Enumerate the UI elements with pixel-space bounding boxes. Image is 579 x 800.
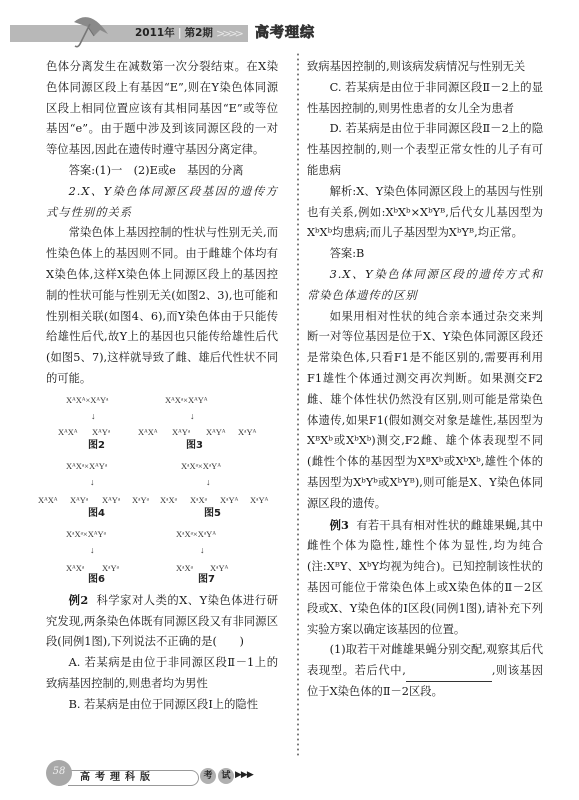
offspring: XᵃYᴬ	[250, 490, 268, 511]
example-text: 有若干具有相对性状的雌雄果蝇,其中雌性个体为隐性,雄性个体为显性,均为纯合(注:…	[307, 519, 543, 636]
umbrella-icon	[68, 10, 112, 52]
badge-kao: 考	[200, 768, 216, 784]
genetic-cross-figures: XᴬXᴬ×XᴬYᵃ ↓ XᴬXᴬ XᴬYᵃ 图2 XᴬXᵃ×XᴬYᴬ ↓ XᴬX…	[46, 390, 278, 582]
paragraph: 如果用相对性状的纯合亲本通过杂交来判断一对等位基因是位于X、Y染色体同源区段还是…	[307, 307, 543, 515]
journal-brand: 高考理综	[255, 22, 315, 42]
answer: 答案:(1)一 (2)E或e 基因的分离	[46, 161, 278, 182]
figure-label: 图6	[88, 570, 105, 591]
column-divider	[295, 52, 301, 757]
example-label: 例3	[330, 518, 349, 532]
offspring: XᴬYᵃ	[70, 490, 88, 511]
offspring: XᴬXᴬ	[58, 422, 77, 443]
page-number: 58	[46, 760, 72, 786]
option-c: C. 若某病是由位于非同源区段Ⅱ－2上的显性基因控制的,则男性患者的女儿全为患者	[307, 78, 543, 120]
page-footer: 58 高考理科版 考 试 ▶▶▶	[40, 758, 260, 788]
arrow-down-icon: ↓	[90, 540, 95, 561]
example-label: 例2	[69, 593, 89, 607]
offspring: XᵃYᴬ	[220, 490, 238, 511]
cross: XᴬXᵃ×XᴬYᵃ	[66, 456, 107, 477]
answer-blank[interactable]	[406, 669, 492, 682]
offspring: XᵃXᵃ	[160, 490, 177, 511]
offspring: XᵃYᴬ	[238, 422, 256, 443]
question-1: (1)取若干对雌雄果蝇分别交配,观察其后代表现型。若后代中,,则该基因位于X染色…	[307, 640, 543, 702]
option-a: A. 若某病是由位于非同源区段Ⅱ－1上的致病基因控制的,则患者均为男性	[46, 653, 278, 695]
answer: 答案:B	[307, 244, 543, 265]
offspring: XᴬXᴬ	[38, 490, 57, 511]
offspring: XᴬXᵃ	[66, 558, 84, 579]
arrow-down-icon: ↓	[90, 472, 95, 493]
badge-shi: 试	[218, 768, 234, 784]
cross: XᵃXᵃ×XᵃYᴬ	[176, 524, 216, 545]
offspring: XᵃXᵃ	[176, 558, 193, 579]
example-3: 例3 有若干具有相对性状的雌雄果蝇,其中雌性个体为隐性,雄性个体为显性,均为纯合…	[307, 515, 543, 641]
paragraph: 常染色体上基因控制的性状与性别无关,而性染色体上的基因则不同。由于雌雄个体均有X…	[46, 223, 278, 389]
analysis: 解析:X、Y染色体同源区段上的基因与性别也有关系,例如:XᵇXᵇ×XᵇYᴮ,后代…	[307, 182, 543, 244]
offspring: XᴬYᴬ	[206, 422, 225, 443]
cross: XᴬXᴬ×XᴬYᵃ	[66, 390, 108, 411]
cross: XᴬXᵃ×XᴬYᴬ	[165, 390, 207, 411]
option-d: D. 若某病是由位于非同源区段Ⅱ－2上的隐性基因控制的,则一个表型正常女性的儿子…	[307, 119, 543, 181]
arrow-right-icon: ▶▶▶	[235, 770, 253, 780]
issue-number: 第2期	[185, 27, 213, 39]
figure-label: 图2	[88, 436, 105, 457]
offspring: XᴬXᴬ	[138, 422, 157, 443]
paragraph: 色体分离发生在减数第一次分裂结束。在X染色体同源区段上有基因“E”,则在Y染色体…	[46, 57, 278, 161]
figure-label: 图5	[204, 504, 221, 525]
figure-label: 图3	[186, 436, 203, 457]
option-b: B. 若某病是由位于同源区段Ⅰ上的隐性	[46, 695, 278, 716]
left-column: 色体分离发生在减数第一次分裂结束。在X染色体同源区段上有基因“E”,则在Y染色体…	[46, 57, 278, 716]
section-heading: 3.X、Y染色体同源区段的遗传方式和常染色体遗传的区别	[307, 265, 543, 307]
offspring: XᵃYᵃ	[132, 490, 149, 511]
arrow-down-icon: ↓	[200, 540, 205, 561]
issue-year: 2011年	[135, 27, 175, 39]
cross: XᵃXᵃ×XᴬYᵃ	[66, 524, 106, 545]
figure-label: 图7	[198, 570, 215, 591]
example-2: 例2 科学家对人类的X、Y染色体进行研究发现,两条染色体既有同源区段又有非同源区…	[46, 590, 278, 653]
figure-label: 图4	[88, 504, 105, 525]
issue-info: 2011年|第2期	[135, 25, 213, 42]
page-header: 2011年|第2期 >>>> 高考理综	[0, 0, 579, 50]
right-column: 致病基因控制的,则该病发病情况与性别无关 C. 若某病是由位于非同源区段Ⅱ－2上…	[307, 57, 543, 703]
option-b-continued: 致病基因控制的,则该病发病情况与性别无关	[307, 57, 543, 78]
edition-label: 高考理科版	[80, 770, 155, 786]
chevron-icon: >>>>	[216, 25, 241, 42]
cross: XᵃXᵃ×XᵃYᴬ	[181, 456, 221, 477]
arrow-down-icon: ↓	[190, 406, 195, 427]
section-heading: 2.X、Y染色体同源区段基因的遗传方式与性别的关系	[46, 182, 278, 224]
